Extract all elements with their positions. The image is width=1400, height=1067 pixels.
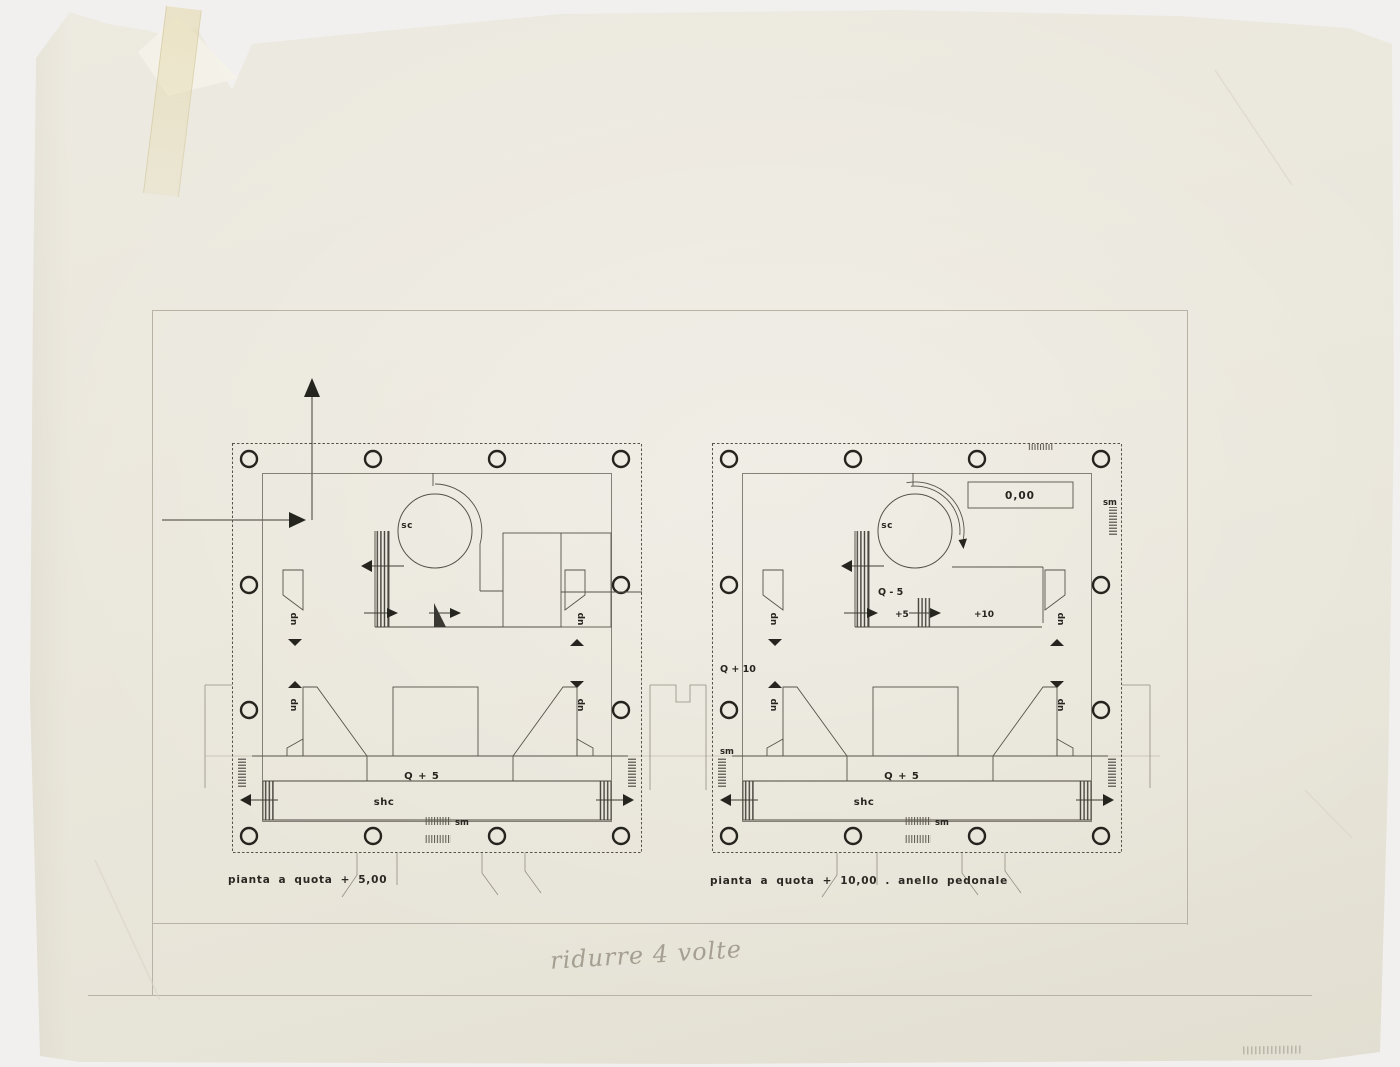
plan5-rooms (435, 484, 642, 627)
right-border-hatch (1109, 507, 1117, 535)
stair-arc (435, 484, 503, 591)
top-border-hatch (1028, 444, 1054, 450)
plan-quota-10: 0,00 sm Q - 5 +5 +10 Q + 10 sm (713, 444, 1122, 898)
plan-quota-5 (233, 444, 643, 898)
north-arrow-icon (304, 378, 320, 397)
paper-creases (95, 70, 1352, 1000)
architectural-drawing: sc up up dn dn Q + 5 shc sm (0, 0, 1400, 1067)
entry-arrow-icon (289, 512, 306, 528)
scan-background: sc up up dn dn Q + 5 shc sm (0, 0, 1400, 1067)
level-minus5-label: Q - 5 (878, 587, 903, 598)
right-plan-title: pianta a quota + 10,00 . anello pedonale (710, 875, 1008, 887)
north-entry-arrows (162, 378, 320, 528)
spiral-arrow-icon (959, 539, 968, 550)
level-plus10-label: +10 (974, 610, 994, 620)
archive-inscription (1243, 1045, 1301, 1054)
left-plan-title: pianta a quota + 5,00 (228, 874, 387, 886)
room-block (503, 533, 611, 627)
sm-label: sm (1103, 498, 1117, 508)
level-plus5-label: +5 (895, 610, 909, 620)
stair-wall-hatch-2 (917, 598, 932, 627)
stair-wedge (434, 603, 446, 627)
level-zero-label: 0,00 (1005, 490, 1035, 502)
ring-level-label: Q + 10 (720, 664, 756, 675)
bridge-context-lines (205, 685, 1150, 790)
pencil-frame (88, 310, 1312, 996)
sm-label: sm (720, 747, 734, 757)
